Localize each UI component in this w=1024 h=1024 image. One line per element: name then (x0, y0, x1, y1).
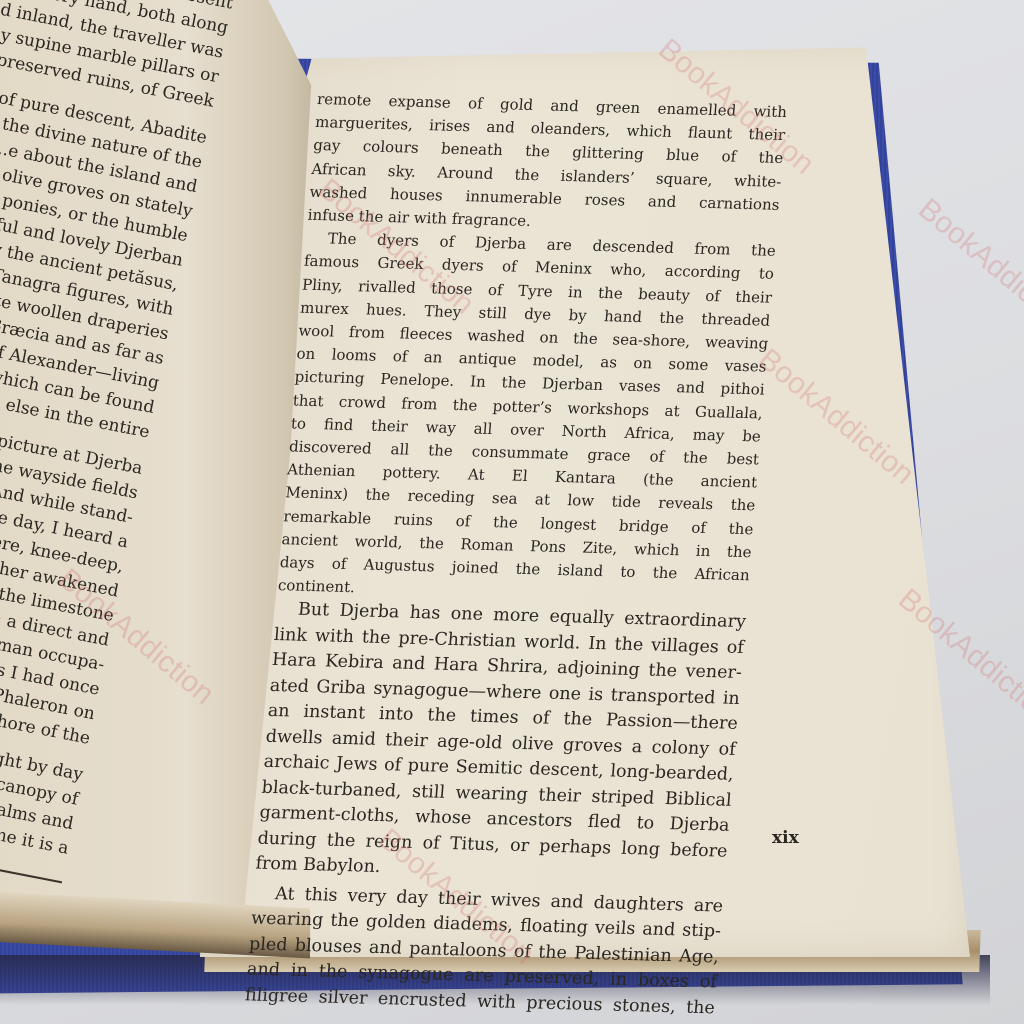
photo-scene: ...phone, were all absent ...le on every… (0, 0, 1024, 1024)
paragraph: The dyers of Djerba are descended from t… (277, 227, 777, 611)
page-number: xix (772, 828, 799, 848)
watermark: BookAddiction (912, 192, 1024, 341)
right-page-text: remote expanse of gold and green enamell… (244, 88, 788, 1022)
paragraph: remote expanse of gold and green enamell… (307, 88, 788, 240)
paragraph: At this very day their wives and daughte… (244, 881, 724, 1021)
paragraph: But Djerba has one more equally extraord… (254, 598, 746, 891)
